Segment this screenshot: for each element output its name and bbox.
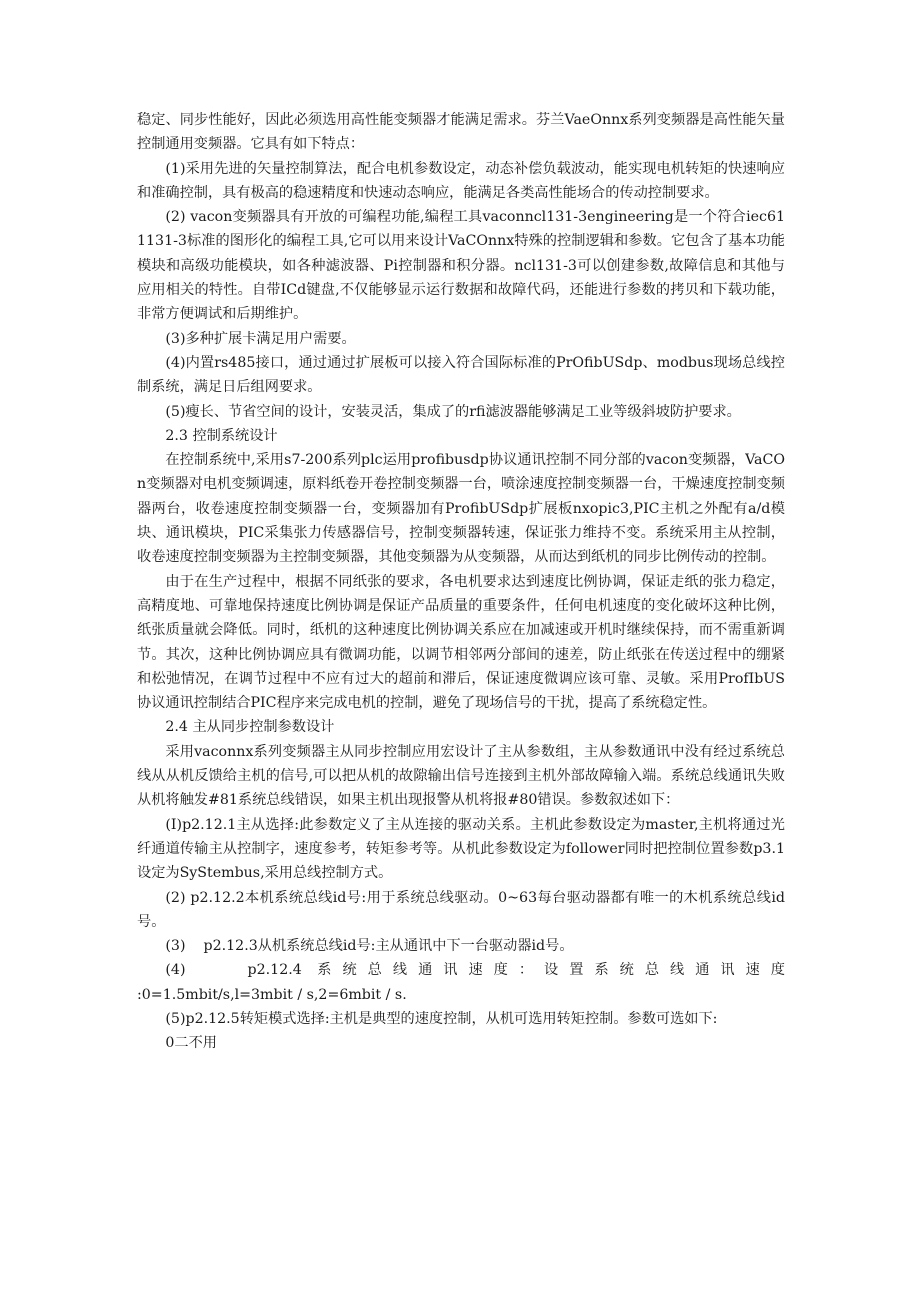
paragraph-param-1: (I)p2.12.1主从选择:此参数定义了主从连接的驱动关系。主机此参数设定为m… (137, 813, 785, 886)
paragraph-master-slave: 采用vaconnx系列变频器主从同步控制应用宏设计了主从参数组，主从参数通讯中没… (137, 740, 785, 813)
paragraph-param-4: (4) p2.12.4 系统总线通讯速度：设置系统总线通讯速度 :0=1.5mb… (137, 958, 785, 1007)
section-heading-2-4: 2.4 主从同步控制参数设计 (137, 715, 785, 739)
paragraph-feature-4: (4)内置rs485接口，通过通过扩展板可以接入符合国际标准的PrOfibUSd… (137, 351, 785, 400)
paragraph-feature-2: (2) vacon变频器具有开放的可编程功能,编程工具vaconncl131-3… (137, 205, 785, 326)
paragraph-control-system: 在控制系统中,采用s7-200系列plc运用profibusdp协议通讯控制不同… (137, 448, 785, 569)
document-page: 稳定、同步性能好，因此必须选用高性能变频器才能满足需求。芬兰VaeOnnx系列变… (137, 108, 785, 1056)
paragraph-speed-ratio: 由于在生产过程中，根据不同纸张的要求，各电机要求达到速度比例协调，保证走纸的张力… (137, 570, 785, 716)
paragraph-param-4-line1: (4) p2.12.4 系统总线通讯速度：设置系统总线通讯速度 (137, 958, 785, 982)
paragraph-option-0: 0二不用 (137, 1031, 785, 1055)
paragraph-feature-5: (5)瘦长、节省空间的设计，安装灵活，集成了的rfi滤波器能够满足工业等级斜坡防… (137, 400, 785, 424)
paragraph-intro-continuation: 稳定、同步性能好，因此必须选用高性能变频器才能满足需求。芬兰VaeOnnx系列变… (137, 108, 785, 157)
paragraph-param-5: (5)p2.12.5转矩模式选择:主机是典型的速度控制，从机可选用转矩控制。参数… (137, 1007, 785, 1031)
paragraph-param-4-line2: :0=1.5mbit/s,l=3mbit / s,2=6mbit / s. (137, 983, 785, 1007)
paragraph-param-3: (3) p2.12.3从机系统总线id号:主从通讯中下一台驱动器id号。 (137, 934, 785, 958)
paragraph-feature-3: (3)多种扩展卡满足用户需要。 (137, 327, 785, 351)
section-heading-2-3: 2.3 控制系统设计 (137, 424, 785, 448)
paragraph-feature-1: (1)采用先进的矢量控制算法，配合电机参数设定，动态补偿负载波动，能实现电机转矩… (137, 157, 785, 206)
paragraph-param-2: (2) p2.12.2本机系统总线id号:用于系统总线驱动。0~63每台驱动器都… (137, 886, 785, 935)
